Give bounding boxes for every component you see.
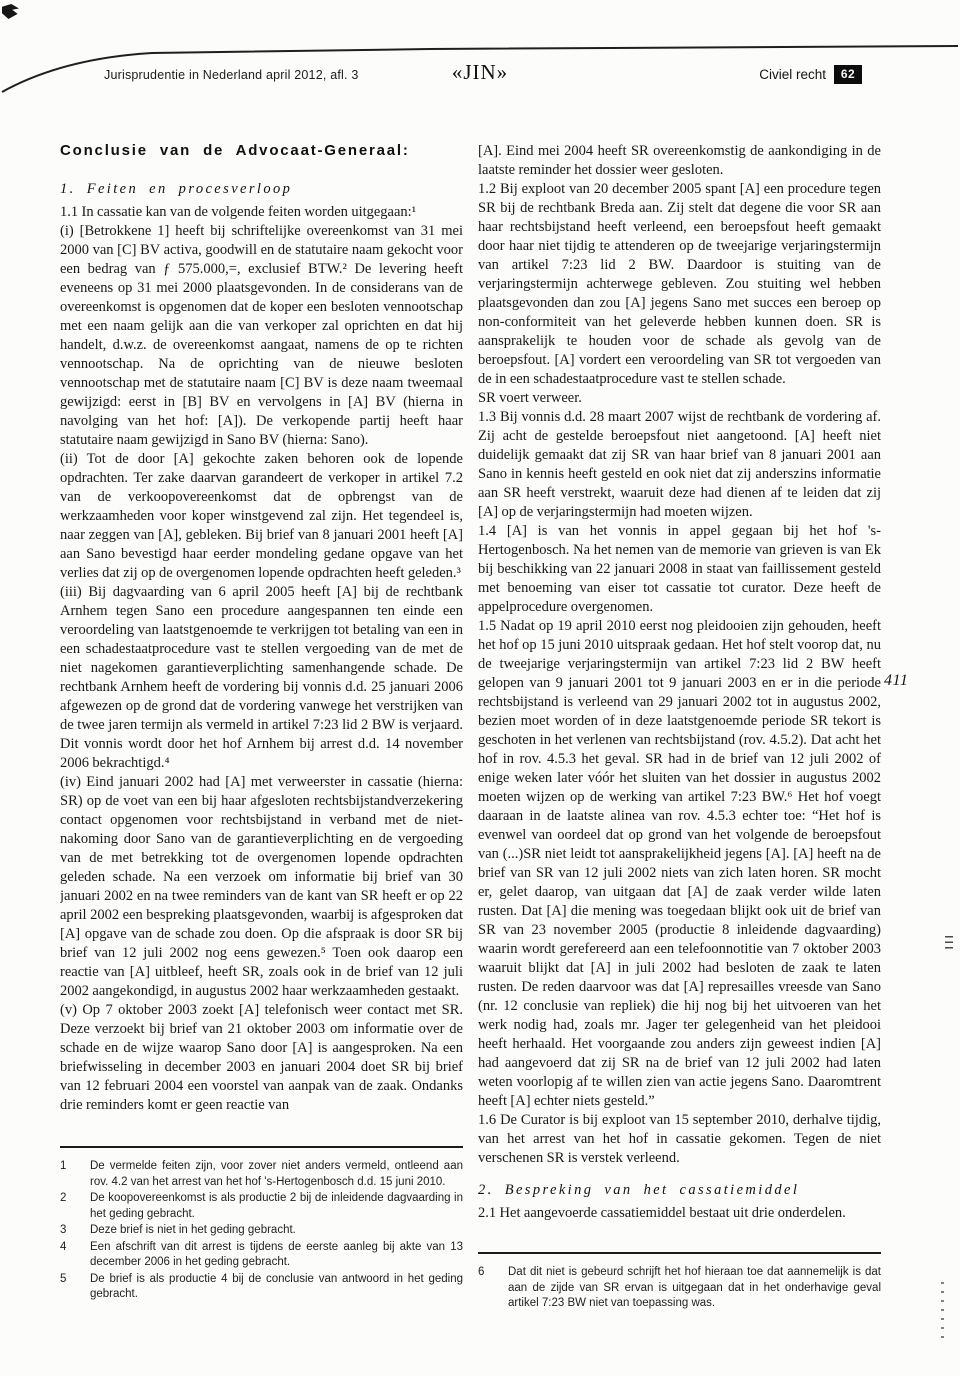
footnote: 3Deze brief is niet in het geding gebrac… (60, 1223, 463, 1239)
left-column: Conclusie van de Advocaat-Generaal: 1. F… (60, 142, 463, 1115)
footnotes-right: 6Dat dit niet is gebeurd schrijft het ho… (478, 1252, 881, 1313)
paragraph: (iv) Eind januari 2002 had [A] met verwe… (60, 773, 463, 1001)
scan-artifact-corner-icon (2, 4, 19, 19)
footnote-text: Dat dit niet is gebeurd schrijft het hof… (508, 1265, 881, 1312)
footnote-number: 4 (60, 1240, 90, 1271)
paragraph: (i) [Betrokkene 1] heeft bij schriftelij… (60, 222, 463, 450)
footnote-text: De vermelde feiten zijn, voor zover niet… (90, 1159, 463, 1190)
paragraph: (ii) Tot de door [A] gekochte zaken beho… (60, 450, 463, 583)
footnote-number: 5 (60, 1272, 90, 1303)
left-column-body: 1.1 In cassatie kan van de volgende feit… (60, 203, 463, 1115)
paragraph: 1.6 De Curator is bij exploot van 15 sep… (478, 1111, 881, 1168)
footnote: 4Een afschrift van dit arrest is tijdens… (60, 1240, 463, 1271)
page-header: Jurisprudentie in Nederland april 2012, … (0, 62, 960, 90)
paragraph: 1.2 Bij exploot van 20 december 2005 spa… (478, 180, 881, 389)
paragraph: 1.1 In cassatie kan van de volgende feit… (60, 203, 463, 222)
header-right: Civiel recht 62 (759, 65, 862, 84)
footnote-number: 1 (60, 1159, 90, 1190)
footnote: 2De koopovereenkomst is als productie 2 … (60, 1191, 463, 1222)
issue-number-badge: 62 (834, 65, 862, 84)
right-column: [A]. Eind mei 2004 heeft SR overeenkomst… (478, 142, 881, 1223)
paragraph: (v) Op 7 oktober 2003 zoekt [A] telefoni… (60, 1001, 463, 1115)
paragraph: 2.1 Het aangevoerde cassatiemiddel besta… (478, 1204, 881, 1223)
footnote: 5De brief is als productie 4 bij de conc… (60, 1272, 463, 1303)
footnote-number: 6 (478, 1265, 508, 1312)
paragraph: SR voert verweer. (478, 389, 881, 408)
section-2-heading: 2. Bespreking van het cassatiemiddel (478, 1182, 881, 1199)
paragraph: 1.4 [A] is van het vonnis in appel gegaa… (478, 522, 881, 617)
scan-artifact-mark-icon (941, 1282, 944, 1344)
footnote: 6Dat dit niet is gebeurd schrijft het ho… (478, 1265, 881, 1312)
footnote-number: 2 (60, 1191, 90, 1222)
text-columns: Conclusie van de Advocaat-Generaal: 1. F… (60, 142, 881, 1223)
section-label: Civiel recht (759, 67, 826, 82)
margin-page-number: 411 (884, 672, 908, 690)
document-title: Conclusie van de Advocaat-Generaal: (60, 142, 463, 159)
scanned-page: Jurisprudentie in Nederland april 2012, … (0, 0, 960, 1376)
paragraph: (iii) Bij dagvaarding van 6 april 2005 h… (60, 583, 463, 773)
footnotes-left: 1De vermelde feiten zijn, voor zover nie… (60, 1146, 463, 1304)
footnote-number: 3 (60, 1223, 90, 1239)
paragraph: [A]. Eind mei 2004 heeft SR overeenkomst… (478, 142, 881, 180)
footnote: 1De vermelde feiten zijn, voor zover nie… (60, 1159, 463, 1190)
footnote-text: Een afschrift van dit arrest is tijdens … (90, 1240, 463, 1271)
footnote-text: De koopovereenkomst is als productie 2 b… (90, 1191, 463, 1222)
footnote-text: De brief is als productie 4 bij de concl… (90, 1272, 463, 1303)
paragraph: 1.3 Bij vonnis d.d. 28 maart 2007 wijst … (478, 408, 881, 522)
section-1-heading: 1. Feiten en procesverloop (60, 181, 463, 198)
scan-artifact-mark-icon (945, 936, 953, 952)
paragraph: 1.5 Nadat op 19 april 2010 eerst nog ple… (478, 617, 881, 1111)
right-column-body: [A]. Eind mei 2004 heeft SR overeenkomst… (478, 142, 881, 1168)
footnote-text: Deze brief is niet in het geding gebrach… (90, 1223, 463, 1239)
section-2-body: 2.1 Het aangevoerde cassatiemiddel besta… (478, 1204, 881, 1223)
